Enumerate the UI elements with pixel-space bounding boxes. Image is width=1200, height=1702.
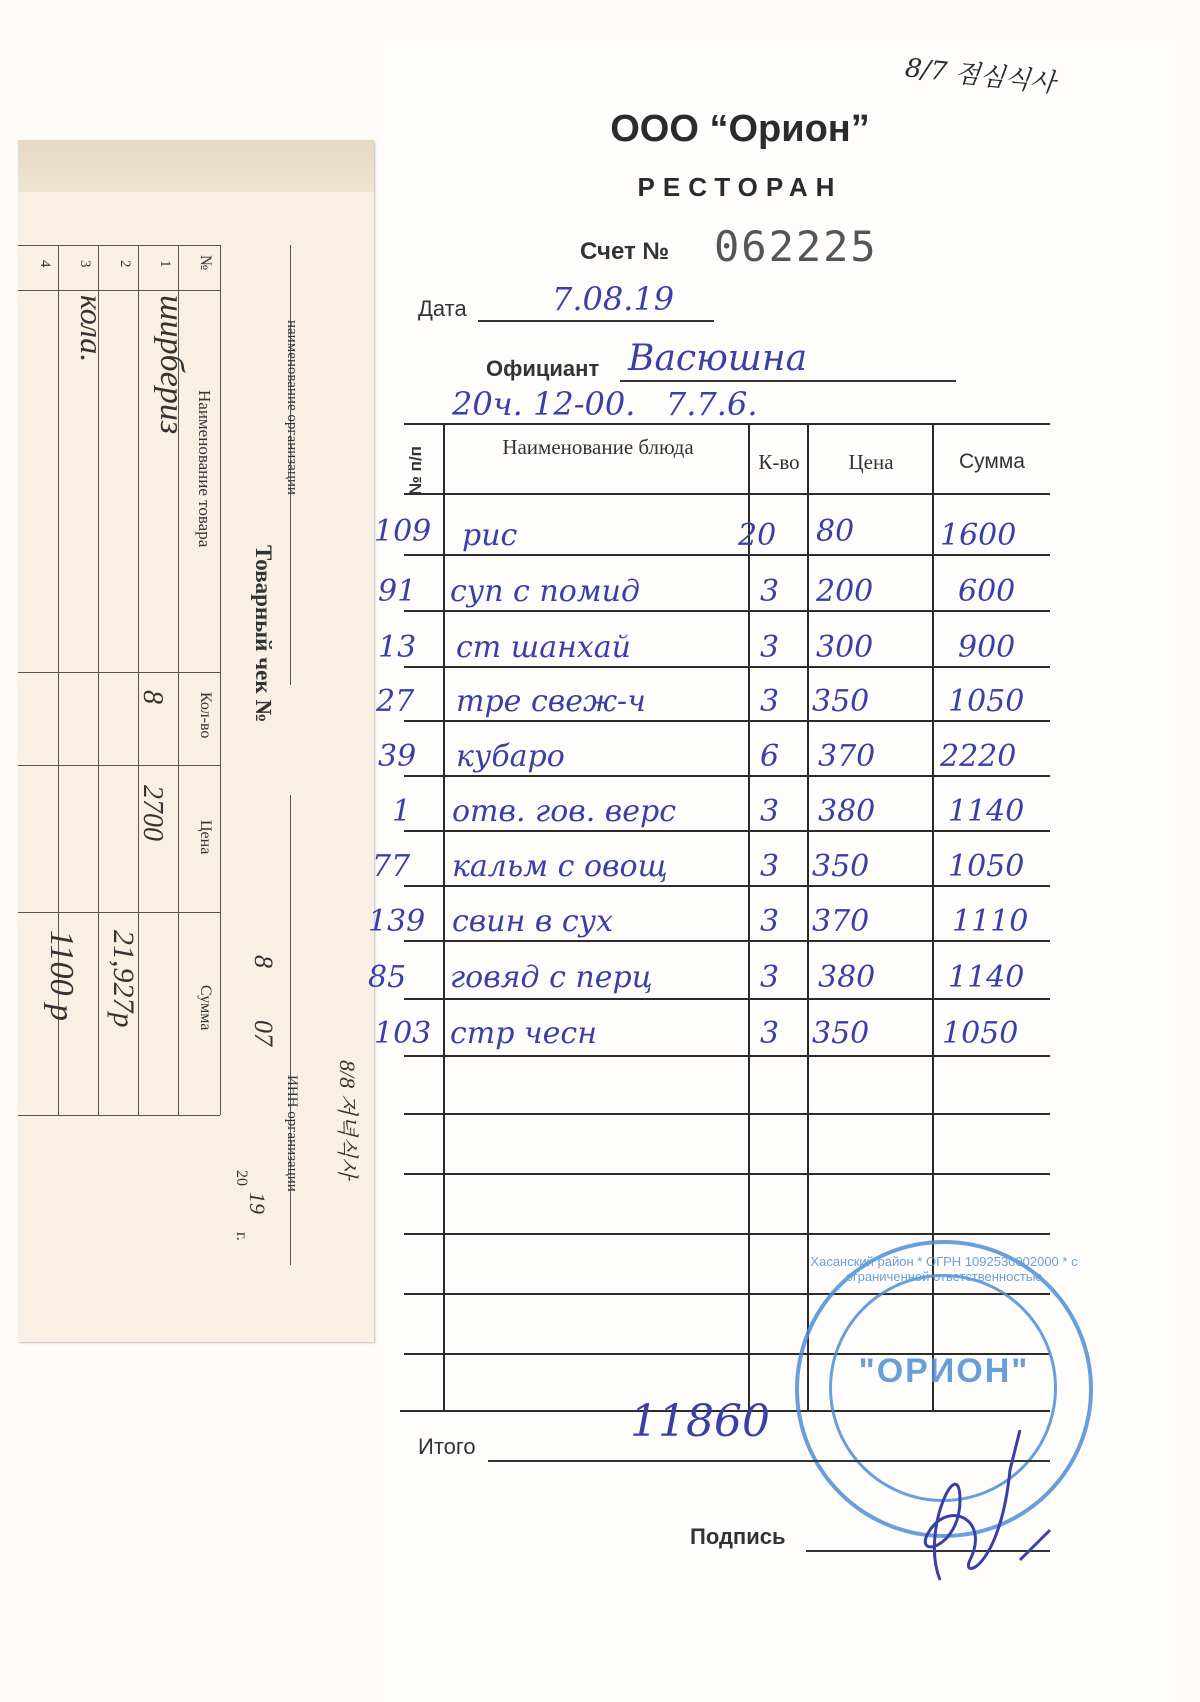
item-qty: 3 — [760, 572, 779, 612]
item-name: суп с помид — [450, 572, 640, 612]
item-num: 103 — [374, 1014, 431, 1054]
item-qty: 8 — [136, 690, 168, 704]
paper-fold-band — [18, 140, 374, 192]
item-qty: 20 — [738, 516, 776, 556]
row-num: 2 — [116, 260, 133, 268]
item-name: стр чесн — [450, 1014, 597, 1054]
item-name: ст шанхай — [456, 628, 631, 668]
item-name: тре свеж-ч — [456, 682, 646, 722]
col-header-qty: Кол-во — [196, 692, 214, 738]
item-price: 380 — [818, 958, 875, 998]
inn-caption: ИНН организации — [283, 1075, 300, 1192]
item-qty: 3 — [760, 682, 779, 722]
item-sum: 1600 — [940, 516, 1016, 556]
item-sum: 1050 — [948, 847, 1024, 887]
item-sum: 1100 р — [42, 930, 80, 1021]
item-sum: 2220 — [940, 737, 1016, 777]
col-header-num: № п/п — [406, 446, 426, 495]
item-qty: 3 — [760, 1014, 779, 1054]
row-line — [220, 245, 221, 1115]
date-year-prefix: 20 — [232, 1170, 250, 1186]
item-qty: 3 — [760, 628, 779, 668]
row-num: 3 — [76, 260, 93, 268]
stamp-name: "ОРИОН" — [799, 1352, 1089, 1391]
table-border-bottom — [18, 1115, 220, 1116]
waiter-value: Васюшна — [628, 338, 807, 379]
col-header-price: Цена — [810, 450, 932, 475]
total-value: 11860 — [630, 1396, 770, 1447]
row-line — [98, 245, 99, 1115]
col-header-sum: Сумма — [196, 985, 214, 1030]
item-price: 350 — [812, 1014, 869, 1054]
waiter-label: Официант — [486, 356, 599, 382]
item-num: 27 — [376, 682, 414, 722]
item-sum: 21,927р — [106, 930, 140, 1028]
date-label: Дата — [418, 296, 467, 322]
item-qty: 6 — [760, 737, 779, 777]
table-name-col-line — [18, 672, 220, 673]
date-underline — [478, 320, 714, 322]
table-num-col-line — [18, 290, 220, 291]
col-header-sum: Сумма — [934, 450, 1050, 474]
row-num: 4 — [36, 260, 53, 268]
item-num: 39 — [378, 737, 416, 777]
left-receipt-tovarny-chek: наименование организации Товарный чек № … — [18, 140, 374, 1342]
signature-scribble-icon — [900, 1410, 1060, 1590]
item-qty: 3 — [760, 847, 779, 887]
item-price: 350 — [812, 682, 869, 722]
item-name: кола. — [73, 295, 110, 362]
invoice-number: 062225 — [714, 222, 878, 271]
col-header-qty: К-во — [750, 450, 808, 475]
col-header-price: Цена — [196, 820, 214, 854]
col-header-name: Наименование блюда — [450, 434, 746, 460]
stamp-ring-text: Хасанский район * ОГРН 1092530002000 * с… — [799, 1254, 1089, 1284]
table-qty-col-line — [18, 765, 220, 766]
table-border-top — [18, 245, 220, 246]
signature-label: Подпись — [690, 1524, 786, 1550]
item-price: 200 — [816, 572, 873, 612]
time-note: 20ч. 12-00. 7.7.6. — [452, 385, 758, 423]
row-num: 1 — [156, 260, 173, 268]
item-qty: 3 — [760, 958, 779, 998]
item-num: 1 — [392, 792, 411, 832]
total-label: Итого — [418, 1434, 476, 1460]
item-name: ширбериз — [152, 295, 190, 434]
item-sum: 900 — [958, 628, 1015, 668]
item-price: 380 — [818, 792, 875, 832]
side-note: 8/8 저녁식사 — [333, 1060, 364, 1179]
item-name: говяд с перц — [450, 958, 653, 998]
item-num: 139 — [368, 902, 425, 942]
item-name: кубаро — [456, 737, 565, 777]
table-price-col-line — [18, 912, 220, 913]
col-header-num: № — [196, 255, 214, 270]
item-qty: 3 — [760, 792, 779, 832]
waiter-underline — [620, 380, 956, 382]
item-price: 80 — [816, 512, 854, 552]
inn-line — [290, 795, 291, 1265]
check-title: Товарный чек № — [250, 545, 276, 722]
item-name: свин в сух — [452, 902, 613, 942]
item-sum: 600 — [958, 572, 1015, 612]
item-num: 109 — [374, 512, 431, 552]
restaurant-subtitle: РЕСТОРАН — [560, 172, 920, 203]
invoice-label: Счет № — [580, 238, 669, 266]
item-sum: 1050 — [942, 1014, 1018, 1054]
item-num: 77 — [372, 847, 410, 887]
item-name: рис — [462, 516, 517, 556]
date-day: 8 — [248, 955, 278, 968]
item-price: 350 — [812, 847, 869, 887]
date-suffix: г. — [232, 1232, 250, 1241]
org-caption: наименование организации — [283, 320, 300, 495]
item-num: 85 — [368, 958, 406, 998]
item-sum: 1050 — [948, 682, 1024, 722]
item-price: 2700 — [136, 785, 168, 841]
item-sum: 1140 — [948, 792, 1024, 832]
item-num: 13 — [378, 628, 416, 668]
col-header-name: Наименование товара — [194, 390, 214, 547]
company-name: ООО “Орион” — [560, 108, 920, 151]
item-sum: 1140 — [948, 958, 1024, 998]
item-sum: 1110 — [952, 902, 1028, 942]
date-month: 07 — [248, 1020, 278, 1046]
item-price: 300 — [816, 628, 873, 668]
item-qty: 3 — [760, 902, 779, 942]
date-value: 7.08.19 — [552, 280, 674, 318]
item-name: кальм с овощ — [452, 847, 668, 887]
item-num: 91 — [378, 572, 416, 612]
date-year: 19 — [244, 1192, 270, 1214]
item-price: 370 — [812, 902, 869, 942]
item-price: 370 — [818, 737, 875, 777]
item-name: отв. гов. верс — [452, 792, 676, 832]
